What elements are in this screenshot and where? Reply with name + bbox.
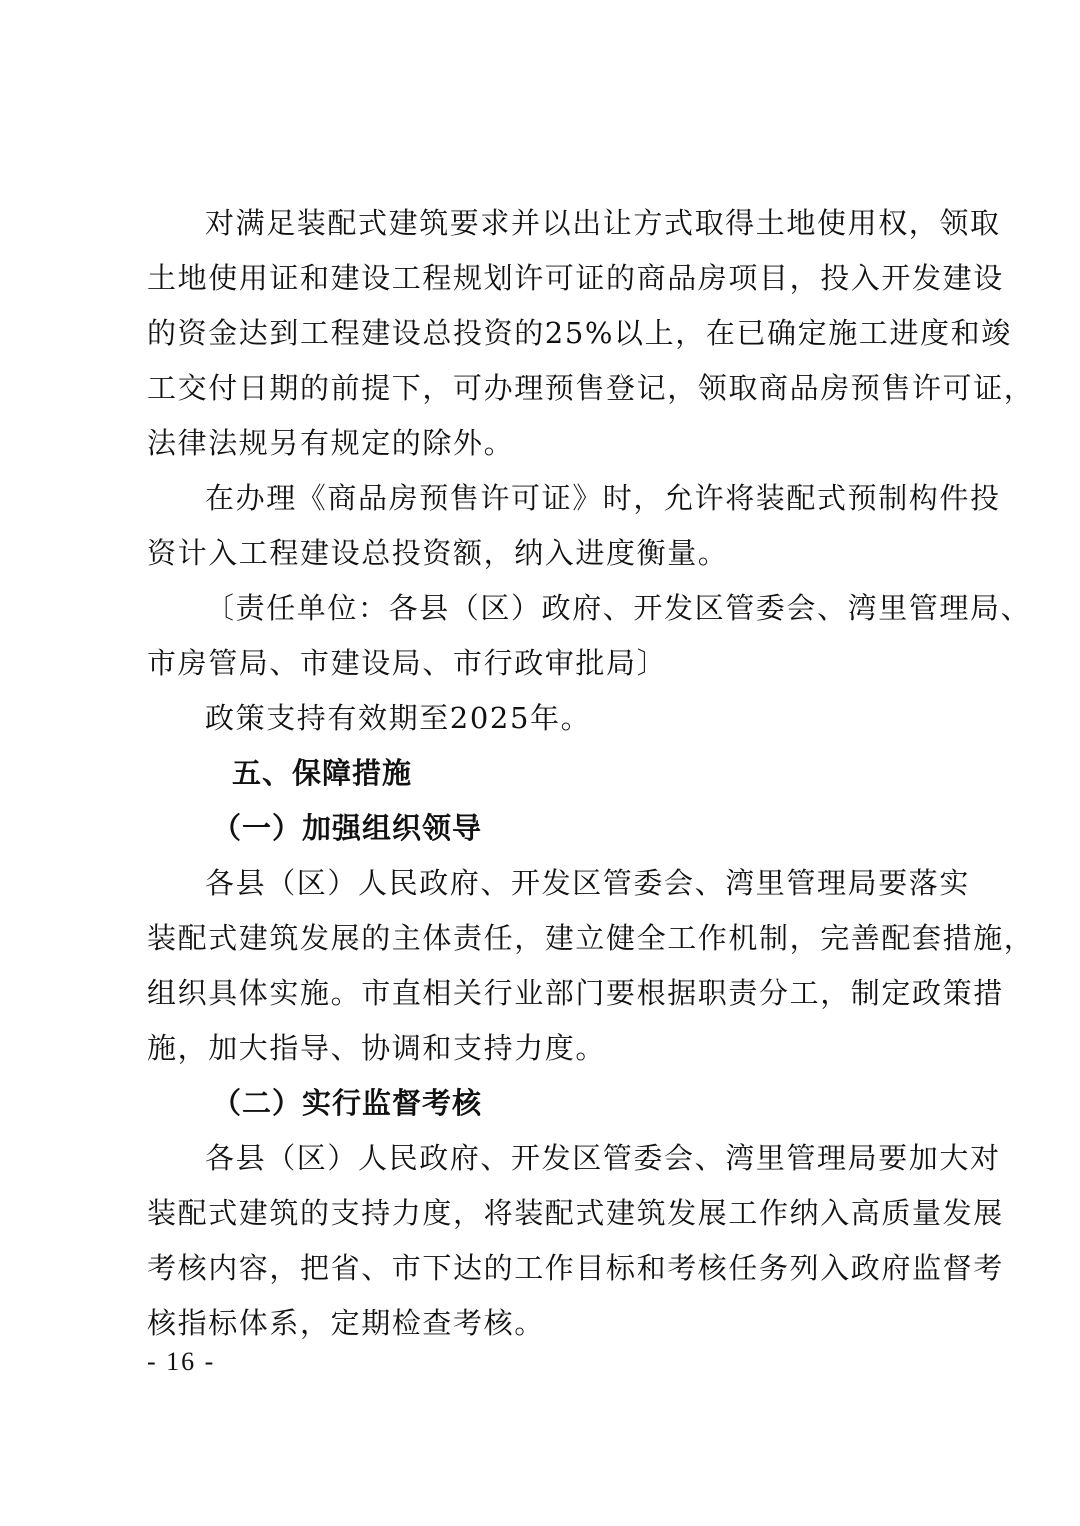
subsection-2-line-4: 核指标体系，定期检查考核。 — [147, 1303, 947, 1343]
subsection-2-line-2: 装配式建筑的支持力度，将装配式建筑发展工作纳入高质量发展 — [147, 1193, 947, 1233]
document-page: 对满足装配式建筑要求并以出让方式取得土地使用权，领取 土地使用证和建设工程规划许… — [0, 0, 1080, 1526]
paragraph-permit-line-2: 资计入工程建设总投资额，纳入进度衡量。 — [147, 533, 947, 573]
responsible-units-line-2: 市房管局、市建设局、市行政审批局〕 — [147, 643, 947, 683]
subsection-1-line-4: 施，加大指导、协调和支持力度。 — [147, 1028, 947, 1068]
paragraph-permit-line-1: 在办理《商品房预售许可证》时，允许将装配式预制构件投 — [205, 478, 1005, 518]
subsection-1-line-2: 装配式建筑发展的主体责任，建立健全工作机制，完善配套措施， — [147, 918, 947, 958]
validity-statement: 政策支持有效期至2025年。 — [205, 698, 1005, 738]
responsible-units-line-1: 〔责任单位：各县（区）政府、开发区管委会、湾里管理局、 — [205, 588, 1005, 628]
subsection-1-line-1: 各县（区）人民政府、开发区管委会、湾里管理局要落实 — [205, 863, 1005, 903]
paragraph-presale-line-2: 土地使用证和建设工程规划许可证的商品房项目，投入开发建设 — [147, 258, 947, 298]
paragraph-presale-line-1: 对满足装配式建筑要求并以出让方式取得土地使用权，领取 — [205, 203, 1005, 243]
subsection-2-line-1: 各县（区）人民政府、开发区管委会、湾里管理局要加大对 — [205, 1138, 1005, 1178]
subsection-1-heading: （一）加强组织领导 — [212, 808, 1012, 848]
paragraph-presale-line-3: 的资金达到工程建设总投资的25%以上，在已确定施工进度和竣 — [147, 313, 947, 353]
paragraph-presale-line-4: 工交付日期的前提下，可办理预售登记，领取商品房预售许可证， — [147, 368, 947, 408]
section-heading: 五、保障措施 — [232, 753, 1032, 793]
paragraph-presale-line-5: 法律法规另有规定的除外。 — [147, 423, 947, 463]
subsection-2-line-3: 考核内容，把省、市下达的工作目标和考核任务列入政府监督考 — [147, 1248, 947, 1288]
page-number: - 16 - — [147, 1344, 215, 1380]
subsection-1-line-3: 组织具体实施。市直相关行业部门要根据职责分工，制定政策措 — [147, 973, 947, 1013]
subsection-2-heading: （二）实行监督考核 — [212, 1083, 1012, 1123]
